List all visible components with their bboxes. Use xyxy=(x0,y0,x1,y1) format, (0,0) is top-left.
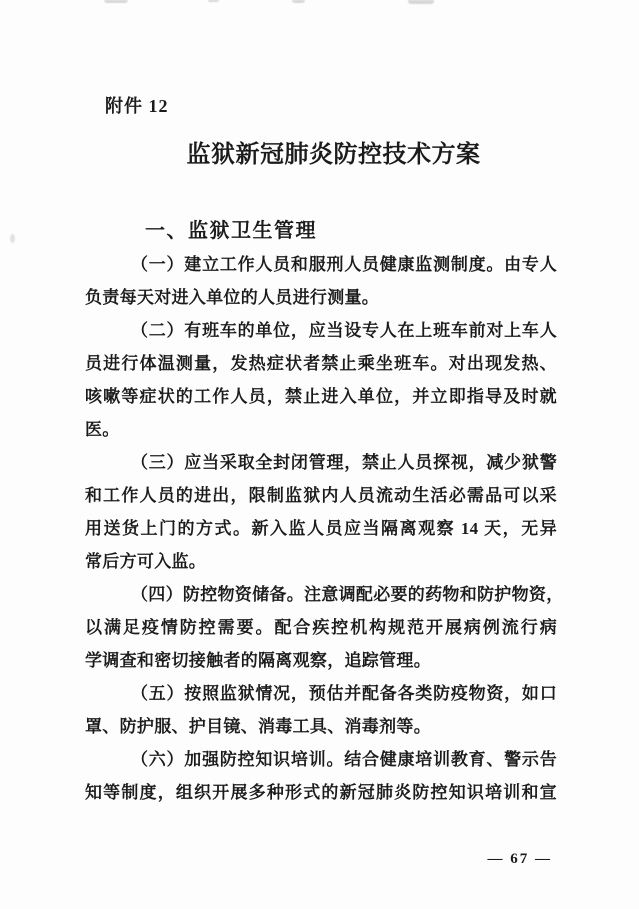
page-number: — 67 — xyxy=(488,851,553,868)
paragraphs: （一）建立工作人员和服刑人员健康监测制度。由专人负责每天对进入单位的人员进行测量… xyxy=(85,248,557,809)
paragraph-line: 医。 xyxy=(85,413,557,446)
section-heading: 一、监狱卫生管理 xyxy=(85,215,557,248)
attachment-label: 附件 12 xyxy=(105,92,169,118)
paragraph: （三）应当采取全封闭管理，禁止人员探视，减少狱警和工作人员的进出，限制监狱内人员… xyxy=(85,446,557,578)
paragraph: （六）加强防控知识培训。结合健康培训教育、警示告知等制度，组织开展多种形式的新冠… xyxy=(85,743,557,809)
paragraph-line: （三）应当采取全封闭管理，禁止人员探视，减少狱警 xyxy=(85,446,557,479)
paragraph-line: （四）防控物资储备。注意调配必要的药物和防护物资， xyxy=(85,578,557,611)
scan-artifact xyxy=(208,0,219,2)
paragraph-line: （五）按照监狱情况，预估并配备各类防疫物资，如口 xyxy=(85,677,557,710)
scan-artifact xyxy=(408,0,434,4)
paragraph-line: 和工作人员的进出，限制监狱内人员流动生活必需品可以采 xyxy=(85,479,557,512)
paragraph-line: 负责每天对进入单位的人员进行测量。 xyxy=(85,281,557,314)
paragraph-line: 学调查和密切接触者的隔离观察，追踪管理。 xyxy=(85,644,557,677)
paragraph: （五）按照监狱情况，预估并配备各类防疫物资，如口罩、防护服、护目镜、消毒工具、消… xyxy=(85,677,557,743)
scan-speck xyxy=(10,234,15,243)
paragraph-line: （二）有班车的单位，应当设专人在上班车前对上车人 xyxy=(85,314,557,347)
paragraph-line: 罩、防护服、护目镜、消毒工具、消毒剂等。 xyxy=(85,710,557,743)
paragraph-line: 以满足疫情防控需要。配合疾控机构规范开展病例流行病 xyxy=(85,611,557,644)
document-body: 一、监狱卫生管理 （一）建立工作人员和服刑人员健康监测制度。由专人负责每天对进入… xyxy=(85,215,557,809)
paragraph-line: 咳嗽等症状的工作人员，禁止进入单位，并立即指导及时就 xyxy=(85,380,557,413)
paragraph: （二）有班车的单位，应当设专人在上班车前对上车人员进行体温测量，发热症状者禁止乘… xyxy=(85,314,557,446)
scan-artifact xyxy=(104,0,128,3)
paragraph: （一）建立工作人员和服刑人员健康监测制度。由专人负责每天对进入单位的人员进行测量… xyxy=(85,248,557,314)
scan-artifact xyxy=(292,0,305,3)
paragraph-line: 用送货上门的方式。新入监人员应当隔离观察 14 天，无异 xyxy=(85,512,557,545)
paragraph-line: （一）建立工作人员和服刑人员健康监测制度。由专人 xyxy=(85,248,557,281)
paragraph-line: 员进行体温测量，发热症状者禁止乘坐班车。对出现发热、 xyxy=(85,347,557,380)
paragraph-line: （六）加强防控知识培训。结合健康培训教育、警示告 xyxy=(85,743,557,776)
paragraph-line: 常后方可入监。 xyxy=(85,545,557,578)
document-page: 附件 12 监狱新冠肺炎防控技术方案 一、监狱卫生管理 （一）建立工作人员和服刑… xyxy=(0,0,639,909)
paragraph: （四）防控物资储备。注意调配必要的药物和防护物资，以满足疫情防控需要。配合疾控机… xyxy=(85,578,557,677)
paragraph-line: 知等制度，组织开展多种形式的新冠肺炎防控知识培训和宣 xyxy=(85,776,557,809)
page-title: 监狱新冠肺炎防控技术方案 xyxy=(14,134,639,169)
